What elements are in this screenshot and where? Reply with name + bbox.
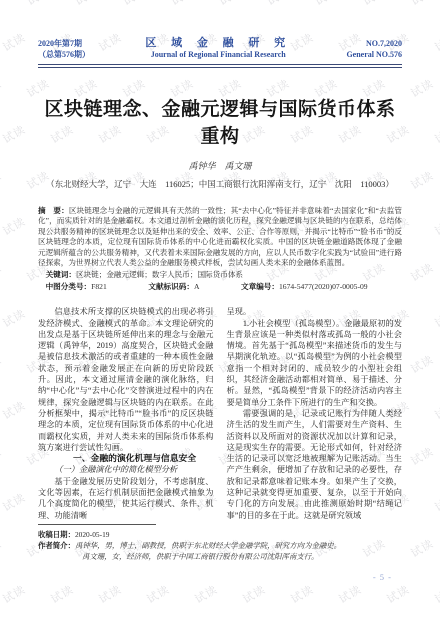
journal-header: 2020年第7期 （总第576期） 区 域 金 融 研 究 Journal of… [38,37,402,60]
clc-segment: 中图分类号：F821 [38,282,107,292]
author-bio-label: 作者简介： [38,541,75,550]
journal-name-en: Journal of Regional Financial Research [145,49,291,60]
abstract-label: 摘 要： [38,206,69,215]
received-date-value: 2020-05-19 [75,530,110,539]
keywords-label: 关键词： [46,270,76,279]
abstract: 摘 要：区块链理念与金融的元逻辑具有天然的一致性；其“去中心化”特征并非意味着“… [38,206,402,268]
footnote: 收稿日期：2020-05-19 作者简介：禹钟华，男，博士，副教授，供职于东北财… [38,524,402,562]
right-column: 呈现。 1.小社会模型（孤岛模型）。金融最原初的发生背景应该是一种类似村落或孤岛… [227,306,403,521]
journal-issue: 2020年第7期 （总第576期） [38,38,90,60]
keywords-text: 区块链；金融元逻辑；数字人民币；国际货币体系 [76,270,243,279]
received-date-row: 收稿日期：2020-05-19 [38,529,402,540]
article-id-segment: 文章编号：1674-5477(2020)07-0005-09 [233,282,367,292]
page-content: 2020年第7期 （总第576期） 区 域 金 融 研 究 Journal of… [0,0,440,620]
paper-title: 区块链理念、金融元逻辑与国际货币体系重构 [38,94,402,148]
journal-name-cn: 区 域 金 融 研 究 [145,37,291,49]
subsection-heading: （一）金融演化中的简化模型分析 [38,464,214,475]
journal-number-line1: NO.7,2020 [346,38,402,49]
received-date-label: 收稿日期： [38,530,75,539]
clc-label: 中图分类号： [46,282,92,291]
clc-value: F821 [91,282,107,291]
paragraph: 基于金融发展历史阶段划分，不考虑制度、文化等因素，在运行机制层面把金融模式抽象为… [38,476,214,521]
author-bio-row: 作者简介：禹钟华，男，博士，副教授，供职于东北财经大学金融学院，研究方向为金融史… [38,540,402,551]
journal-name: 区 域 金 融 研 究 Journal of Regional Financia… [145,37,291,60]
footnote-divider [38,524,156,525]
doc-code-label: 文献标识码： [148,282,194,291]
paragraph: 信息技术所支撑的区块链模式的出现必将引发经济模式、金融模式的革命。本文理论研究的… [38,306,214,453]
paper-affiliation: （东北财经大学，辽宁 大连 116025；中国工商银行沈阳浑南支行，辽宁 沈阳 … [38,178,402,190]
author-bio-line1: 禹钟华，男，博士，副教授，供职于东北财经大学金融学院，研究方向为金融史。 [75,541,341,550]
doc-code-value: A [194,282,199,291]
journal-number-line2: General NO.576 [346,49,402,60]
journal-page: 试读试读试读试读试读试读试读试读试读试读试读试读试读试读试读试读试读试读试读试读… [0,0,440,620]
classification-line: 中图分类号：F821 文献标识码：A 文章编号：1674-5477(2020)0… [38,282,402,292]
keywords: 关键词：区块链；金融元逻辑；数字人民币；国际货币体系 [38,270,402,280]
body-columns: 信息技术所支撑的区块链模式的出现必将引发经济模式、金融模式的革命。本文理论研究的… [38,306,402,521]
abstract-text: 区块链理念与金融的元逻辑具有天然的一致性；其“去中心化”特征并非意味着“去国家化… [38,206,402,267]
article-id-value: 1674-5477(2020)07-0005-09 [279,282,368,291]
paper-authors: 禹钟华 禹文珊 [38,159,402,172]
paragraph-continuation: 呈现。 [227,306,403,317]
journal-issue-line1: 2020年第7期 [38,38,90,49]
doc-code-segment: 文献标识码：A [141,282,200,292]
paragraph: 1.小社会模型（孤岛模型）。金融最原初的发生背景应该是一种类似村落或孤岛一般的小… [227,318,403,408]
paragraph: 需要强调的是，记录或记账行为伴随人类经济生活的发生而产生，人们需要对生产资料、生… [227,408,403,521]
page-number: - 5 - [373,572,392,582]
left-column: 信息技术所支撑的区块链模式的出现必将引发经济模式、金融模式的革命。本文理论研究的… [38,306,214,521]
author-bio-line2: 禹文珊，女，经济师，供职于中国工商银行股份有限公司沈阳浑南支行。 [38,551,402,562]
header-divider [38,64,402,68]
journal-issue-line2: （总第576期） [38,49,90,60]
article-id-label: 文章编号： [241,282,279,291]
section-heading: 一、金融的演化机理与信息安全 [38,453,214,464]
journal-number: NO.7,2020 General NO.576 [346,38,402,60]
